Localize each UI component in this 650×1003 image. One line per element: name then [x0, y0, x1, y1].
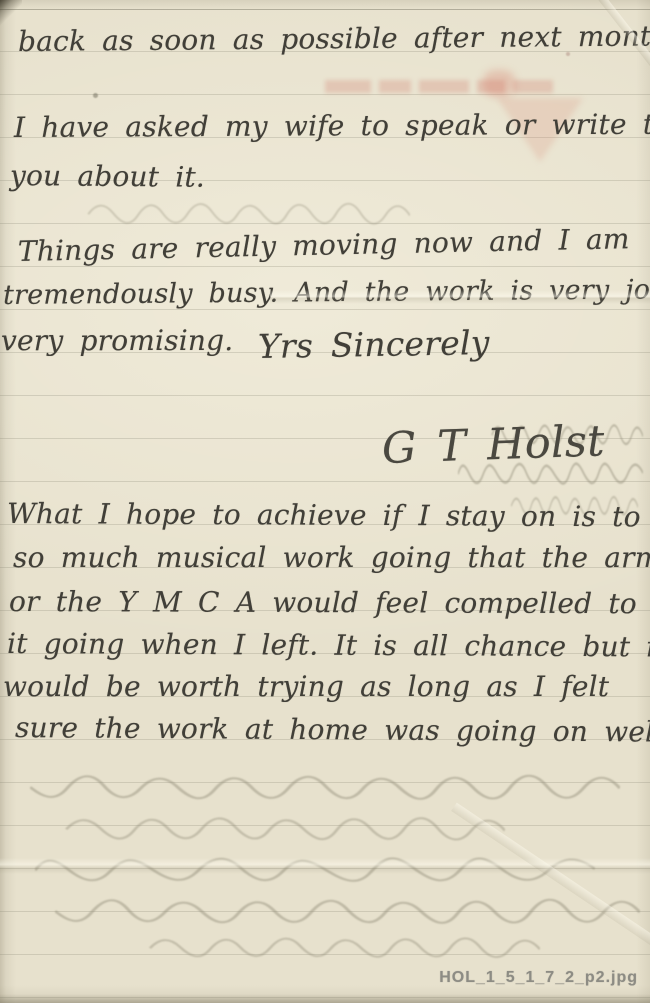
scan-corner-shadow: [0, 0, 22, 26]
letter-closing: Yrs Sincerely: [258, 325, 490, 365]
bleed-through-writing: [140, 933, 540, 961]
red-ink-bleed-spot: [483, 70, 515, 97]
letterhead-bleed-block: [325, 80, 371, 93]
handwriting-line: very promising.: [1, 326, 233, 357]
handwriting-line: What I hope to achieve if I stay on is t…: [7, 499, 650, 533]
paper-speck: [566, 52, 570, 56]
bleed-through-writing: [80, 198, 410, 228]
bleed-through-writing: [55, 812, 505, 844]
signature-g-t-holst: G T Holst: [381, 418, 605, 473]
handwriting-line: so much musical work going that the army: [13, 543, 650, 574]
bleed-through-writing: [30, 770, 620, 804]
page-bottom-edge-shadow: [0, 994, 650, 1003]
ruled-line: [0, 9, 650, 10]
letterhead-bleed-block: [379, 80, 411, 93]
handwriting-line: Things are really moving now and I am: [18, 224, 630, 268]
bleed-through-writing: [35, 852, 595, 886]
handwriting-line: I have asked my wife to speak or write t…: [14, 110, 650, 144]
letterhead-bleed-block: [419, 80, 469, 93]
handwriting-line: back as soon as possible after next mont…: [18, 21, 650, 58]
handwriting-line: you about it.: [10, 161, 205, 193]
handwriting-line: it going when I left. It is all chance b…: [7, 629, 650, 663]
red-letterhead-bleed: [325, 76, 590, 96]
letter-page-scan: back as soon as possible after next mont…: [0, 0, 650, 1003]
handwriting-line: tremendously busy. And the work is very …: [3, 274, 650, 310]
bleed-through-writing: [55, 894, 640, 928]
paper-speck: [93, 93, 98, 98]
handwriting-line: would be worth trying as long as I felt: [3, 672, 609, 703]
letterhead-bleed-block: [513, 80, 553, 93]
handwriting-line: or the Y M C A would feel compelled to k…: [9, 587, 650, 620]
handwriting-line: sure the work at home was going on well: [15, 713, 650, 748]
catalog-filename: HOL_1_5_1_7_2_p2.jpg: [439, 969, 638, 987]
